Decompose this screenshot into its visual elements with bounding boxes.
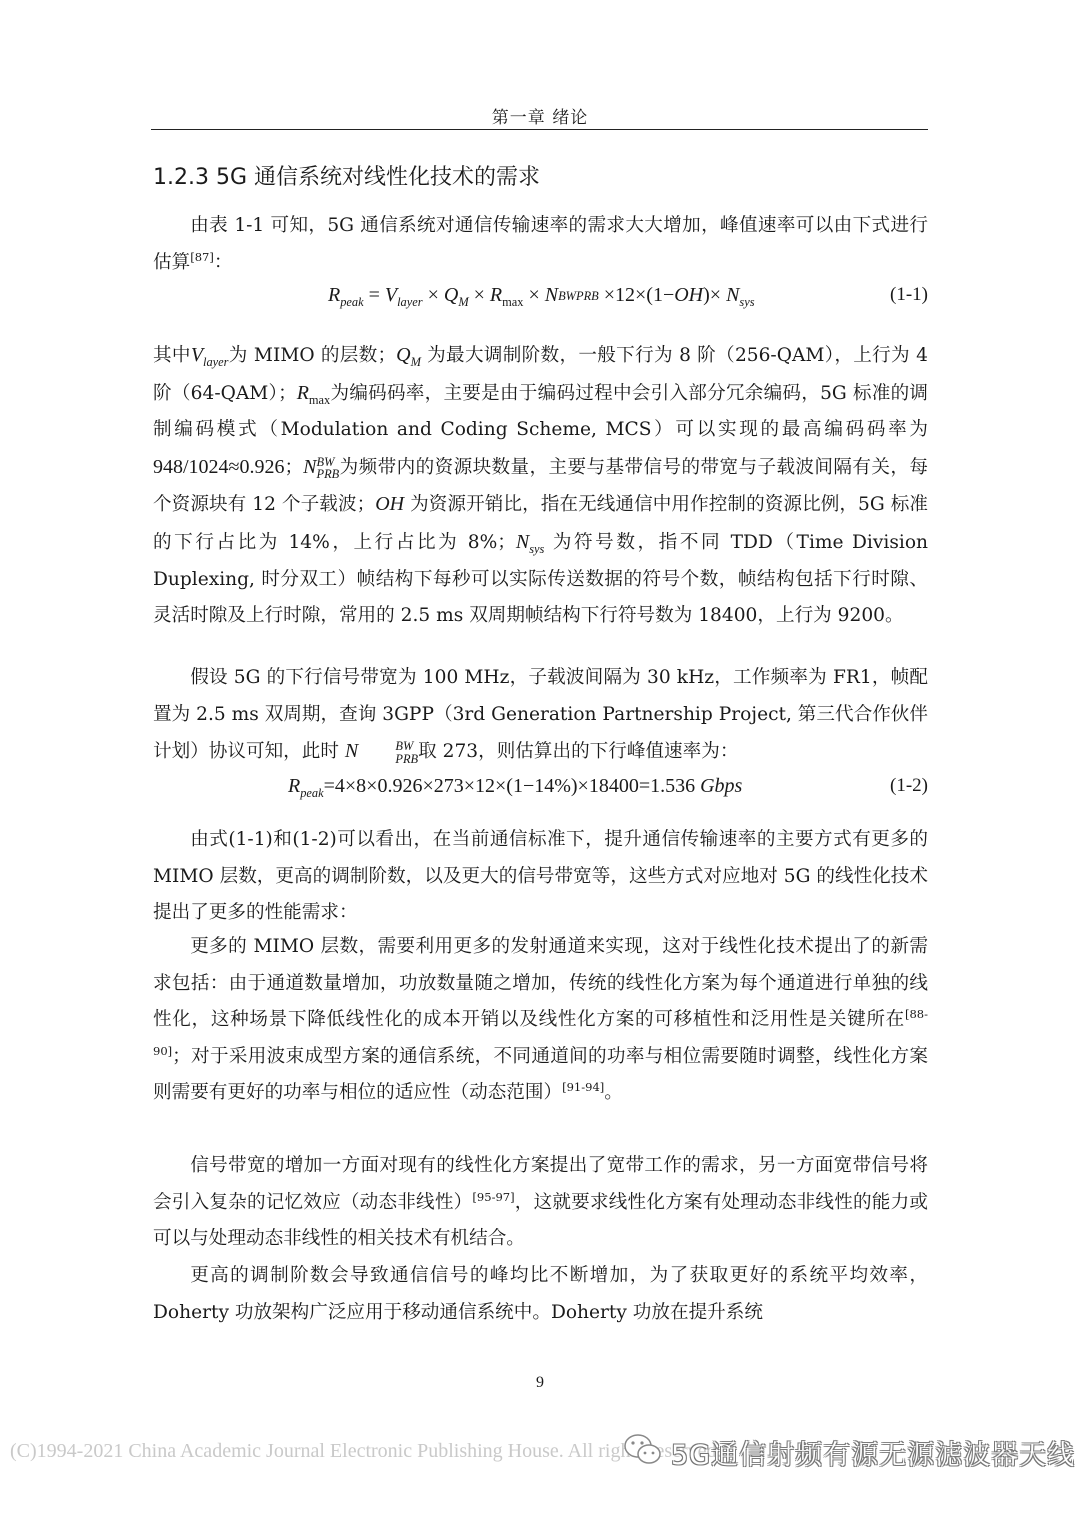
citation: [91-94] — [562, 1080, 604, 1094]
running-header: 第一章 绪论 — [0, 103, 1080, 128]
equation-expression: Rpeak = Vlayer × QM × Rmax × NBWPRB ×12×… — [328, 284, 755, 307]
paragraph-assumption: 假设 5G 的下行信号带宽为 100 MHz，子载波间隔为 30 kHz，工作频… — [153, 660, 928, 771]
paragraph-text: ： — [214, 252, 233, 273]
citation: [87] — [190, 250, 214, 264]
header-rule — [151, 129, 928, 130]
citation: [95-97] — [472, 1190, 514, 1204]
paragraph-bandwidth: 信号带宽的增加一方面对现有的线性化方案提出了宽带工作的需求，另一方面宽带信号将会… — [153, 1148, 928, 1258]
section-title: 1.2.3 5G 通信系统对线性化技术的需求 — [153, 160, 540, 191]
equation-1-2: Rpeak=4×8×0.926×273×12×(1−14%)×18400=1.5… — [153, 775, 928, 811]
wechat-icon — [623, 1432, 663, 1472]
watermark: 5G通信射频有源无源滤波器天线 — [623, 1427, 1075, 1477]
watermark-text: 5G通信射频有源无源滤波器天线 — [671, 1433, 1075, 1472]
paragraph-modulation: 更高的调制阶数会导致通信信号的峰均比不断增加，为了获取更好的系统平均效率，Doh… — [153, 1258, 928, 1331]
equation-1-1: Rpeak = Vlayer × QM × Rmax × NBWPRB ×12×… — [153, 284, 928, 320]
paragraph-definitions: 其中Vlayer为 MIMO 的层数；QM 为最大调制阶数，一般下行为 8 阶（… — [153, 337, 928, 635]
paragraph-intro: 由表 1-1 可知，5G 通信系统对通信传输速率的需求大大增加，峰值速率可以由下… — [153, 208, 928, 281]
paragraph-text: 由表 1-1 可知，5G 通信系统对通信传输速率的需求大大增加，峰值速率可以由下… — [153, 215, 928, 273]
page-number: 9 — [0, 1374, 1080, 1392]
equation-number: (1-2) — [890, 775, 928, 797]
copyright-notice: (C)1994-2021 China Academic Journal Elec… — [10, 1440, 722, 1463]
equation-expression: Rpeak=4×8×0.926×273×12×(1−14%)×18400=1.5… — [288, 775, 742, 798]
equation-number: (1-1) — [890, 284, 928, 306]
paragraph-summary: 由式(1-1)和(1-2)可以看出，在当前通信标准下，提升通信传输速率的主要方式… — [153, 822, 928, 932]
paragraph-mimo: 更多的 MIMO 层数，需要利用更多的发射通道来实现，这对于线性化技术提出了的新… — [153, 929, 928, 1112]
